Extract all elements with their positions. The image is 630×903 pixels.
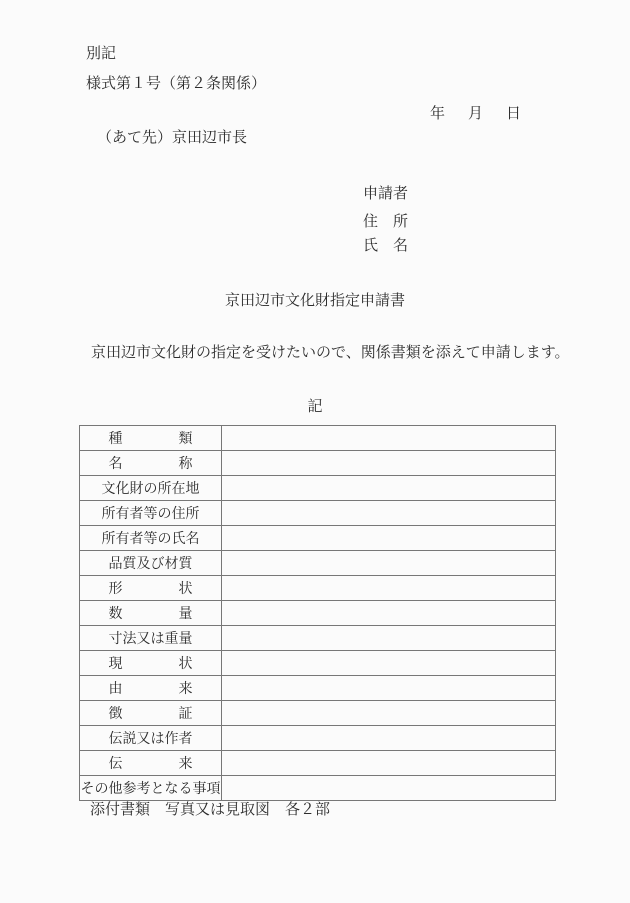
row-label-location: 文化財の所在地	[80, 476, 222, 501]
row-value-quantity	[222, 601, 556, 626]
addressee-line: （あて先）京田辺市長	[97, 130, 247, 147]
row-value-origin	[222, 676, 556, 701]
table-row: 文化財の所在地	[80, 476, 556, 501]
row-label-name: 名 称	[80, 451, 222, 476]
table-row: 寸法又は重量	[80, 626, 556, 651]
row-value-shape	[222, 576, 556, 601]
row-value-owner-name	[222, 526, 556, 551]
table-row: 形 状	[80, 576, 556, 601]
row-value-quality-material	[222, 551, 556, 576]
table-row: 現 状	[80, 651, 556, 676]
application-detail-table: 種 類 名 称 文化財の所在地 所有者等の住所 所有者等の氏名 品質及び材質	[79, 425, 556, 801]
row-value-current-state	[222, 651, 556, 676]
row-label-legend-author: 伝説又は作者	[80, 726, 222, 751]
row-value-provenance	[222, 751, 556, 776]
table-row: 由 来	[80, 676, 556, 701]
row-label-provenance: 伝 来	[80, 751, 222, 776]
table-row: 伝 来	[80, 751, 556, 776]
row-label-shape: 形 状	[80, 576, 222, 601]
row-label-owner-name: 所有者等の氏名	[80, 526, 222, 551]
attachment-note: 添付書類 写真又は見取図 各２部	[90, 802, 330, 819]
body-sentence: 京田辺市文化財の指定を受けたいので、関係書類を添えて申請します。	[91, 345, 570, 362]
row-label-other-reference: その他参考となる事項	[80, 776, 222, 801]
row-label-type: 種 類	[80, 426, 222, 451]
row-label-owner-address: 所有者等の住所	[80, 501, 222, 526]
table-row: 所有者等の住所	[80, 501, 556, 526]
table-row: 種 類	[80, 426, 556, 451]
row-label-evidence: 徴 証	[80, 701, 222, 726]
record-marker: 記	[0, 399, 630, 416]
applicant-name-label: 氏 名	[363, 238, 408, 255]
table-row: 品質及び材質	[80, 551, 556, 576]
date-line: 年 月 日	[430, 106, 525, 123]
row-label-origin: 由 来	[80, 676, 222, 701]
row-label-quality-material: 品質及び材質	[80, 551, 222, 576]
document-page: 別記 様式第１号（第２条関係） 年 月 日 （あて先）京田辺市長 申請者 住 所…	[0, 0, 630, 903]
row-value-name	[222, 451, 556, 476]
row-value-evidence	[222, 701, 556, 726]
table-row: 伝説又は作者	[80, 726, 556, 751]
row-value-location	[222, 476, 556, 501]
applicant-address-label: 住 所	[363, 214, 408, 231]
row-value-owner-address	[222, 501, 556, 526]
row-label-quantity: 数 量	[80, 601, 222, 626]
row-value-type	[222, 426, 556, 451]
row-value-legend-author	[222, 726, 556, 751]
table-row: 数 量	[80, 601, 556, 626]
table-row: その他参考となる事項	[80, 776, 556, 801]
row-value-other-reference	[222, 776, 556, 801]
table-row: 所有者等の氏名	[80, 526, 556, 551]
row-value-dimensions-weight	[222, 626, 556, 651]
row-label-current-state: 現 状	[80, 651, 222, 676]
row-label-dimensions-weight: 寸法又は重量	[80, 626, 222, 651]
table-row: 名 称	[80, 451, 556, 476]
applicant-label: 申請者	[363, 186, 408, 203]
table-row: 徴 証	[80, 701, 556, 726]
form-number-line: 様式第１号（第２条関係）	[86, 76, 266, 93]
document-title: 京田辺市文化財指定申請書	[0, 293, 630, 310]
annex-label: 別記	[86, 46, 116, 63]
